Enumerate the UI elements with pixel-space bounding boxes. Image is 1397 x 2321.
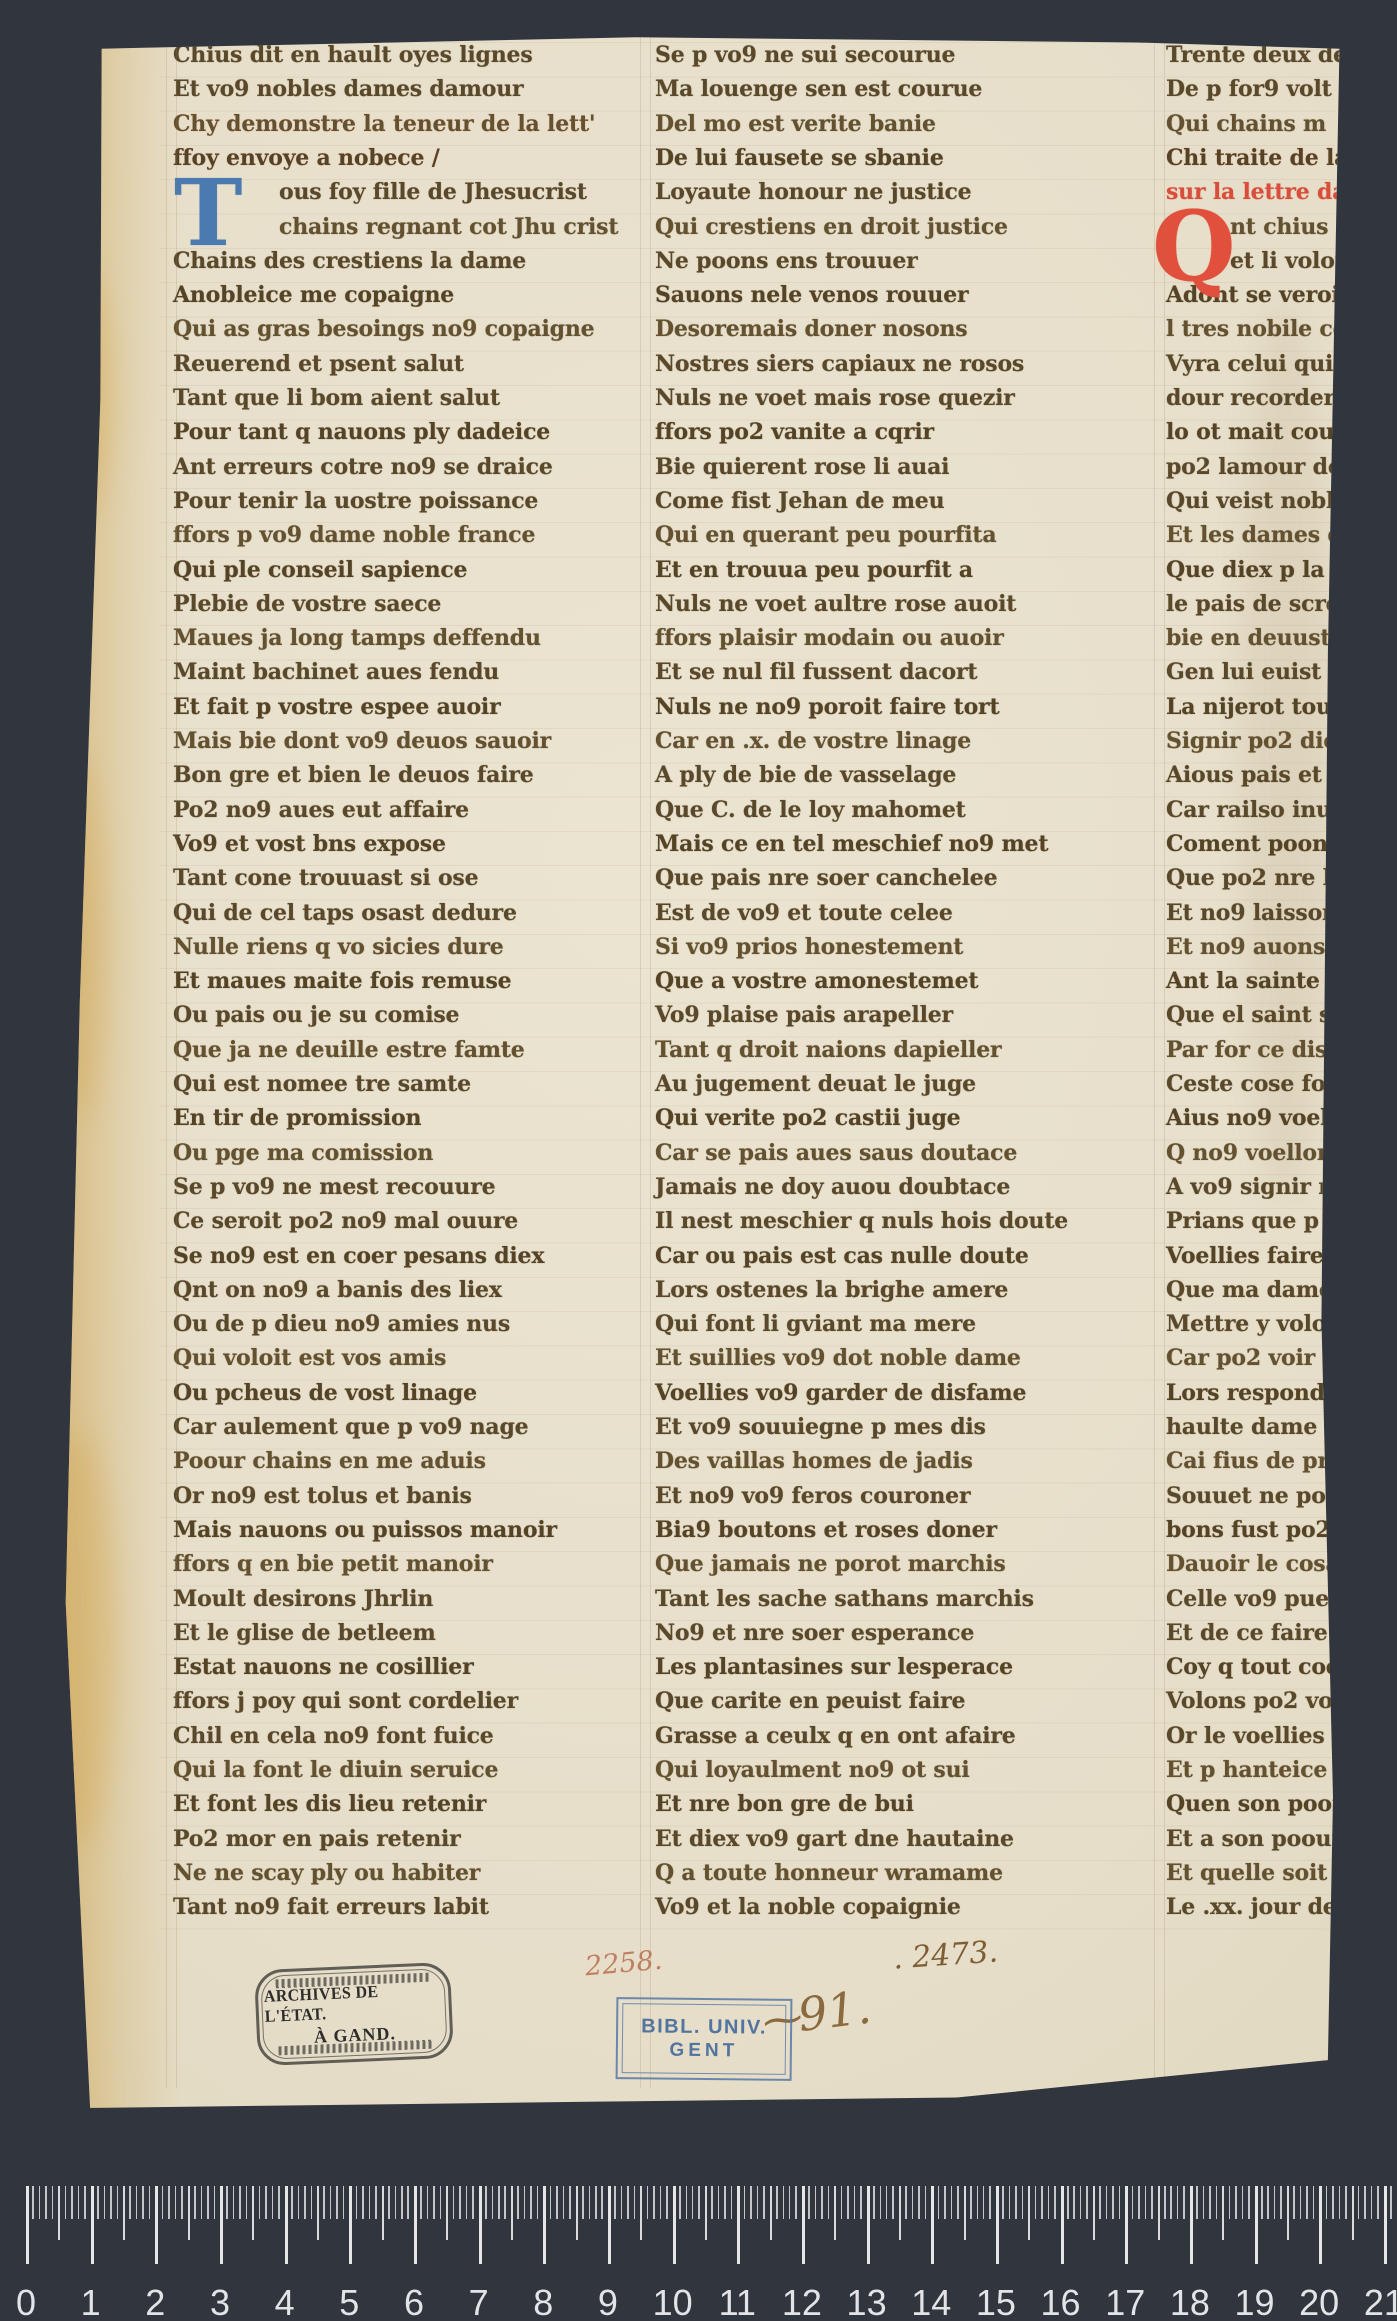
- ruler-tick: [1203, 2186, 1205, 2219]
- manuscript-line: Que a vostre amonestemet: [655, 966, 978, 1000]
- shelfmark-new: . 2473.: [892, 1934, 999, 1976]
- ruler-tick: [1054, 2186, 1056, 2219]
- ruler-tick: [925, 2186, 927, 2219]
- ruler-tick: [673, 2186, 676, 2264]
- ruler-tick: [440, 2186, 442, 2219]
- manuscript-line: Ne ne scay ply ou habiter: [173, 1858, 480, 1892]
- ruler-tick: [1384, 2186, 1387, 2264]
- archives-stamp: ARCHIVES DE L'ÉTAT. À GAND.: [254, 1962, 454, 2066]
- ruler-tick: [1345, 2186, 1347, 2219]
- manuscript-line: Qui font li gviant ma mere: [655, 1309, 976, 1343]
- manuscript-line: ffors p vo9 dame noble france: [173, 520, 535, 554]
- manuscript-line: Et p hanteice: [1166, 1755, 1327, 1789]
- manuscript-line: No9 et nre soer esperance: [655, 1618, 974, 1652]
- manuscript-line: Et nre bon gre de bui: [655, 1789, 914, 1823]
- ruler-tick: [880, 2186, 882, 2219]
- ruler-tick: [905, 2186, 907, 2219]
- ruler-tick: [466, 2186, 468, 2219]
- ruler-tick: [1022, 2186, 1024, 2219]
- manuscript-line: Et les dames de: [1166, 520, 1356, 554]
- ruler-tick: [91, 2186, 94, 2264]
- ruler-tick: [142, 2186, 144, 2219]
- ruler-label: 7: [469, 2282, 489, 2321]
- manuscript-line: De p for9 volt b: [1166, 74, 1354, 108]
- ruler-label: 12: [782, 2282, 822, 2321]
- manuscript-line: Come fist Jehan de meu: [655, 486, 944, 520]
- manuscript-line: Sauons nele venos rouuer: [655, 280, 968, 314]
- manuscript-line: Que jamais ne porot marchis: [655, 1549, 1006, 1583]
- ruler-tick: [757, 2186, 759, 2219]
- ruler-tick: [627, 2186, 629, 2219]
- ruler-tick: [149, 2186, 151, 2219]
- manuscript-line: Bie quierent rose li auai: [655, 452, 949, 486]
- ruler-tick: [330, 2186, 332, 2219]
- manuscript-line: Aious pais et: [1166, 760, 1322, 794]
- ruler-tick: [188, 2186, 190, 2240]
- ruler-tick: [459, 2186, 461, 2219]
- manuscript-line: Qui est nomee tre samte: [173, 1069, 471, 1103]
- manuscript-line: Voellies faire: [1166, 1241, 1324, 1275]
- ruler-label: 20: [1299, 2282, 1339, 2321]
- manuscript-line: Q no9 voellons: [1166, 1138, 1345, 1172]
- ruler-tick: [343, 2186, 345, 2219]
- manuscript-line: Car railso inue: [1166, 795, 1346, 829]
- ruler-tick: [834, 2186, 836, 2240]
- ruler-tick: [783, 2186, 785, 2219]
- manuscript-line: De lui fausete se sbanie: [655, 143, 944, 177]
- manuscript-line: Tant cone trouuast si ose: [173, 863, 478, 897]
- ruler-label: 16: [1041, 2282, 1081, 2321]
- manuscript-line: Or no9 est tolus et banis: [173, 1481, 472, 1515]
- shelfmark-old: 2258.: [584, 1945, 664, 1983]
- manuscript-line: Quen son pooir: [1166, 1789, 1351, 1823]
- ruler-label: 14: [911, 2282, 951, 2321]
- ruler-tick: [129, 2186, 131, 2219]
- ruler-tick: [589, 2186, 591, 2219]
- manuscript-line: Tant q droit naions dapieller: [655, 1035, 1001, 1069]
- manuscript-line: Mais ce en tel meschief no9 met: [655, 829, 1048, 863]
- manuscript-line: po2 lamour dou: [1166, 452, 1358, 486]
- ruler-tick: [569, 2186, 571, 2219]
- manuscript-page: Chius dit en hault oyes lignesEt vo9 nob…: [58, 30, 1342, 2110]
- manuscript-line: Et quelle soit b: [1166, 1858, 1350, 1892]
- ruler-tick: [537, 2186, 539, 2219]
- manuscript-line: Est de vo9 et toute celee: [655, 898, 953, 932]
- manuscript-line: Dauoir le cosau: [1166, 1549, 1355, 1583]
- ruler-tick: [977, 2186, 979, 2219]
- manuscript-line: Ou pais ou je su comise: [173, 1000, 459, 1034]
- ruler-tick: [886, 2186, 888, 2219]
- manuscript-line: Voellies vo9 garder de disfame: [655, 1378, 1026, 1412]
- measurement-ruler: 0123456789101112131415161718192021: [0, 2186, 1397, 2321]
- ruler-tick: [1377, 2186, 1379, 2219]
- ruler-tick: [1170, 2186, 1172, 2219]
- ruler-tick: [382, 2186, 384, 2240]
- manuscript-line: Et en trouua peu pourfit a: [655, 555, 973, 589]
- ruler-tick: [1177, 2186, 1179, 2219]
- ruler-tick: [375, 2186, 377, 2219]
- illuminated-initial-Q: Q: [1152, 204, 1236, 290]
- manuscript-line: Car en .x. de vostre linage: [655, 726, 971, 760]
- manuscript-line: En tir de promission: [173, 1103, 421, 1137]
- ruler-tick: [1255, 2186, 1258, 2264]
- ruler-tick: [660, 2186, 662, 2219]
- folio-number-text: 91.: [795, 1980, 874, 2043]
- manuscript-line: Tant les sache sathans marchis: [655, 1584, 1034, 1618]
- manuscript-line: Par for ce dist d: [1166, 1035, 1360, 1069]
- manuscript-line: Ne poons ens trouuer: [655, 246, 918, 280]
- ruler-label: 6: [404, 2282, 424, 2321]
- manuscript-line: haulte dame si: [1166, 1412, 1345, 1446]
- manuscript-line: Mais nauons ou puissos manoir: [173, 1515, 557, 1549]
- manuscript-line: La nijerot toue: [1166, 692, 1346, 726]
- ruler-tick: [1099, 2186, 1101, 2219]
- ruler-tick: [1093, 2186, 1095, 2240]
- archives-stamp-line1: ARCHIVES DE L'ÉTAT.: [263, 1979, 443, 2027]
- ruler-tick: [395, 2186, 397, 2219]
- manuscript-line: Maint bachinet aues fendu: [173, 657, 499, 691]
- manuscript-line: Le .xx. jour de sep: [1166, 1892, 1385, 1926]
- ruler-tick: [1061, 2186, 1064, 2264]
- manuscript-line: Trente deux de: [1166, 40, 1347, 74]
- manuscript-line: Qui verite po2 castii juge: [655, 1103, 960, 1137]
- ruler-tick: [71, 2186, 73, 2219]
- ruler-tick: [1028, 2186, 1030, 2240]
- manuscript-line: ffors po2 vanite a cqrir: [655, 417, 934, 451]
- parchment-stain: [38, 1430, 114, 1850]
- ruler-tick: [1106, 2186, 1108, 2219]
- ruler-tick: [1371, 2186, 1373, 2219]
- manuscript-line: Po2 mor en pais retenir: [173, 1824, 461, 1858]
- manuscript-line: Et no9 vo9 feros couroner: [655, 1481, 970, 1515]
- manuscript-line: Vo9 et la noble copaignie: [655, 1892, 961, 1926]
- ruler-tick: [336, 2186, 338, 2219]
- ruler-tick: [1242, 2186, 1244, 2219]
- manuscript-line: Que po2 nre lor: [1166, 863, 1357, 897]
- manuscript-line: Celle vo9 puet l: [1166, 1584, 1355, 1618]
- manuscript-line: Qui chains m: [1166, 109, 1326, 143]
- manuscript-line: Pour tant q nauons ply dadeice: [173, 417, 550, 451]
- ruler-tick: [524, 2186, 526, 2219]
- manuscript-line: Qui crestiens en droit justice: [655, 212, 1008, 246]
- ruler-tick: [84, 2186, 86, 2219]
- ruler-tick: [938, 2186, 940, 2219]
- ruler-tick: [711, 2186, 713, 2219]
- ruler-tick: [1248, 2186, 1250, 2219]
- ruler-tick: [201, 2186, 203, 2219]
- ruler-tick: [750, 2186, 752, 2219]
- manuscript-line: Et vo9 nobles dames damour: [173, 74, 523, 108]
- ruler-tick: [433, 2186, 435, 2219]
- ruler-tick: [1164, 2186, 1166, 2219]
- manuscript-line: Au jugement deuat le juge: [655, 1069, 976, 1103]
- ruler-tick: [239, 2186, 241, 2219]
- manuscript-line: Coment poons: [1166, 829, 1340, 863]
- ruler-tick: [776, 2186, 778, 2219]
- manuscript-line: Lors respondire: [1166, 1378, 1358, 1412]
- manuscript-line: Bon gre et bien le deuos faire: [173, 760, 534, 794]
- ruler-tick: [873, 2186, 875, 2219]
- ruler-tick: [731, 2186, 733, 2219]
- manuscript-line: Car po2 voir pae: [1166, 1343, 1366, 1377]
- manuscript-line: Il nest meschier q nuls hois doute: [655, 1206, 1068, 1240]
- ruler-tick: [692, 2186, 694, 2219]
- ruler-tick: [1132, 2186, 1134, 2219]
- manuscript-line: Si vo9 prios honestement: [655, 932, 963, 966]
- manuscript-line: et li volon: [1230, 246, 1350, 280]
- manuscript-line: Car ou pais est cas nulle doute: [655, 1241, 1029, 1275]
- ruler-tick: [1158, 2186, 1160, 2240]
- ruler-tick: [1332, 2186, 1334, 2219]
- manuscript-line: Vo9 et vost bns expose: [173, 829, 446, 863]
- ruler-tick: [951, 2186, 953, 2219]
- ruler-tick: [97, 2186, 99, 2219]
- ruler-tick: [795, 2186, 797, 2219]
- ruler-tick: [789, 2186, 791, 2219]
- ruler-tick: [808, 2186, 810, 2219]
- manuscript-line: Qui de cel taps osast dedure: [173, 898, 517, 932]
- manuscript-line: Poour chains en me aduis: [173, 1446, 486, 1480]
- ruler-tick: [1067, 2186, 1069, 2219]
- manuscript-line: Mettre y volos: [1166, 1309, 1338, 1343]
- column-guide-line: [650, 36, 651, 2088]
- ruler-tick: [168, 2186, 170, 2219]
- ruler-tick: [543, 2186, 546, 2264]
- ruler-tick: [1274, 2186, 1276, 2219]
- ruler-tick: [854, 2186, 856, 2219]
- manuscript-line: Prians que p b: [1166, 1206, 1341, 1240]
- ruler-tick: [181, 2186, 183, 2219]
- ruler-tick: [472, 2186, 474, 2219]
- ruler-label: 5: [339, 2282, 359, 2321]
- ruler-tick: [815, 2186, 817, 2219]
- manuscript-line: Et le glise de betleem: [173, 1618, 436, 1652]
- ruler-tick: [1138, 2186, 1140, 2219]
- ruler-tick: [1125, 2186, 1128, 2264]
- ruler-tick: [828, 2186, 830, 2219]
- manuscript-line: Qnt on no9 a banis des liex: [173, 1275, 502, 1309]
- ruler-tick: [698, 2186, 700, 2219]
- manuscript-line: Ant la sainte d: [1166, 966, 1342, 1000]
- ruler-tick: [78, 2186, 80, 2219]
- manuscript-line: Des vaillas homes de jadis: [655, 1446, 973, 1480]
- manuscript-line: Aius no9 voello: [1166, 1103, 1351, 1137]
- ruler-tick: [556, 2186, 558, 2219]
- ruler-tick: [912, 2186, 914, 2219]
- manuscript-line: Ma louenge sen est courue: [655, 74, 982, 108]
- manuscript-line: nt chius br: [1230, 212, 1362, 246]
- manuscript-line: Nuls ne voet mais rose quezir: [655, 383, 1015, 417]
- manuscript-line: ffors plaisir modain ou auoir: [655, 623, 1004, 657]
- ruler-tick: [724, 2186, 726, 2219]
- ruler-tick: [52, 2186, 54, 2219]
- ruler-tick: [802, 2186, 805, 2264]
- ruler-tick: [867, 2186, 870, 2264]
- manuscript-line: le pais de screst: [1166, 589, 1362, 623]
- manuscript-line: bie en deuust pu: [1166, 623, 1369, 657]
- ruler-tick: [207, 2186, 209, 2219]
- ruler-tick: [414, 2186, 417, 2264]
- ruler-tick: [517, 2186, 519, 2219]
- ruler-tick: [621, 2186, 623, 2219]
- ruler-label: 17: [1105, 2282, 1145, 2321]
- ruler-tick: [298, 2186, 300, 2219]
- ruler-tick: [226, 2186, 228, 2219]
- ruler-tick: [427, 2186, 429, 2219]
- ruler-tick: [899, 2186, 901, 2240]
- ruler-tick: [369, 2186, 371, 2219]
- aged-edge: [56, 28, 181, 2113]
- ruler-tick: [285, 2186, 288, 2264]
- ruler-tick: [420, 2186, 422, 2219]
- ruler-tick: [492, 2186, 494, 2219]
- manuscript-line: Se p vo9 ne mest recouure: [173, 1172, 495, 1206]
- ruler-tick: [918, 2186, 920, 2219]
- manuscript-line: Que ma dame: [1166, 1275, 1333, 1309]
- ruler-tick: [39, 2186, 41, 2219]
- manuscript-line: Nuls ne voet aultre rose auoit: [655, 589, 1016, 623]
- ruler-label: 19: [1235, 2282, 1275, 2321]
- rubric-line: Chi traite de la de: [1166, 143, 1385, 177]
- ruler-label: 2: [145, 2282, 165, 2321]
- ruler-tick: [26, 2186, 29, 2264]
- manuscript-line: Cai fius de pro: [1166, 1446, 1343, 1480]
- ruler-tick: [1151, 2186, 1153, 2219]
- manuscript-line: Et de ce faire tr: [1166, 1618, 1356, 1652]
- ruler-label: 0: [16, 2282, 36, 2321]
- stamp-inner-border: [622, 2003, 787, 2075]
- ruler-tick: [647, 2186, 649, 2219]
- ruler-tick: [110, 2186, 112, 2219]
- ruler-tick: [1073, 2186, 1075, 2219]
- ruler-tick: [233, 2186, 235, 2219]
- ruler-tick: [453, 2186, 455, 2219]
- ruler-tick: [931, 2186, 934, 2264]
- ruler-tick: [1222, 2186, 1224, 2240]
- ruler-tick: [770, 2186, 772, 2240]
- ruler-tick: [666, 2186, 668, 2219]
- manuscript-line: chains regnant cot Jhu crist: [279, 212, 618, 246]
- ruler-label: 11: [719, 2282, 756, 2321]
- manuscript-line: A ply de bie de vasselage: [655, 760, 956, 794]
- manuscript-line: Et maues maite fois remuse: [173, 966, 511, 1000]
- ruler-tick: [996, 2186, 999, 2264]
- manuscript-line: dour recorder le: [1166, 383, 1364, 417]
- ruler-tick: [304, 2186, 306, 2219]
- manuscript-line: bons fust po2 ca: [1166, 1515, 1365, 1549]
- manuscript-line: Maues ja long tamps deffendu: [173, 623, 541, 657]
- ruler-tick: [1145, 2186, 1147, 2219]
- ruler-tick: [1035, 2186, 1037, 2219]
- manuscript-line: Ou de p dieu no9 amies nus: [173, 1309, 510, 1343]
- manuscript-line: Pour tenir la uostre poissance: [173, 486, 538, 520]
- ruler-tick: [1229, 2186, 1231, 2219]
- manuscript-line: Ou pcheus de vost linage: [173, 1378, 477, 1412]
- ruler-tick: [957, 2186, 959, 2219]
- ruler-tick: [220, 2186, 223, 2264]
- ruler-tick: [989, 2186, 991, 2219]
- ruler-tick: [265, 2186, 267, 2219]
- manuscript-line: Desoremais doner nosons: [655, 314, 967, 348]
- ruler-tick: [317, 2186, 319, 2240]
- ruler-tick: [847, 2186, 849, 2219]
- ruler-tick: [136, 2186, 138, 2219]
- manuscript-line: A vo9 signir me: [1166, 1172, 1355, 1206]
- ruler-tick: [162, 2186, 164, 2219]
- manuscript-line: l tres nobile co: [1166, 314, 1347, 348]
- manuscript-line: Et no9 auons co: [1166, 932, 1360, 966]
- ruler-tick: [582, 2186, 584, 2219]
- manuscript-line: Nulle riens q vo sicies dure: [173, 932, 504, 966]
- manuscript-line: Et diex vo9 gart dne hautaine: [655, 1824, 1014, 1858]
- manuscript-line: Que diex p la m: [1166, 555, 1355, 589]
- manuscript-line: Qui ple conseil sapience: [173, 555, 467, 589]
- ruler-tick: [686, 2186, 688, 2219]
- illuminated-initial-T: T: [174, 172, 242, 255]
- ruler-tick: [117, 2186, 119, 2219]
- ruler-tick: [1358, 2186, 1360, 2219]
- ruler-tick: [601, 2186, 603, 2219]
- manuscript-line: Bia9 boutons et roses doner: [655, 1515, 997, 1549]
- ruler-label: 15: [976, 2282, 1016, 2321]
- ruler-label: 21: [1364, 2282, 1397, 2321]
- manuscript-line: Et no9 laissons: [1166, 898, 1350, 932]
- ruler-tick: [718, 2186, 720, 2219]
- ruler-tick: [841, 2186, 843, 2219]
- manuscript-line: Vyra celui qui se: [1166, 349, 1367, 383]
- ruler-tick: [576, 2186, 578, 2240]
- ruler-tick: [1306, 2186, 1308, 2219]
- ruler-tick: [252, 2186, 254, 2240]
- ruler-tick: [1196, 2186, 1198, 2219]
- manuscript-line: Moult desirons Jhrlin: [173, 1584, 433, 1618]
- manuscript-line: Et a son poour b: [1166, 1824, 1365, 1858]
- ruler-tick: [763, 2186, 765, 2219]
- ruler-tick: [1352, 2186, 1354, 2240]
- ruler-tick: [1209, 2186, 1211, 2219]
- manuscript-line: Grasse a ceulx q en ont afaire: [655, 1721, 1016, 1755]
- manuscript-line: Les plantasines sur lesperace: [655, 1652, 1013, 1686]
- ruler-tick: [349, 2186, 352, 2264]
- ruler-tick: [155, 2186, 158, 2264]
- ruler-tick: [32, 2186, 34, 2219]
- ruler-tick: [944, 2186, 946, 2219]
- ruler-tick: [45, 2186, 47, 2219]
- manuscript-line: Que el saint sa: [1166, 1000, 1345, 1034]
- ruler-tick: [653, 2186, 655, 2219]
- ruler-tick: [485, 2186, 487, 2219]
- manuscript-line: Ceste cose fourn: [1166, 1069, 1368, 1103]
- manuscript-line: Que pais nre soer canchelee: [655, 863, 997, 897]
- manuscript-line: Que C. de le loy mahomet: [655, 795, 966, 829]
- manuscript-line: Mais bie dont vo9 deuos sauoir: [173, 726, 551, 760]
- ruler-tick: [259, 2186, 261, 2219]
- column-guide-line: [640, 36, 641, 2088]
- manuscript-line: Lors ostenes la brighe amere: [655, 1275, 1008, 1309]
- manuscript-line: Qui voloit est vos amis: [173, 1343, 446, 1377]
- ruler-tick: [970, 2186, 972, 2219]
- ruler-tick: [1261, 2186, 1263, 2219]
- manuscript-line: Del mo est verite banie: [655, 109, 936, 143]
- ruler-tick: [1319, 2186, 1322, 2264]
- ruler-tick: [1041, 2186, 1043, 2219]
- ruler-tick: [272, 2186, 274, 2219]
- manuscript-line: Qui as gras besoings no9 copaigne: [173, 314, 594, 348]
- ruler-tick: [1280, 2186, 1282, 2219]
- ruler-tick: [194, 2186, 196, 2219]
- manuscript-line: Signir po2 diex: [1166, 726, 1350, 760]
- ruler-tick: [58, 2186, 60, 2240]
